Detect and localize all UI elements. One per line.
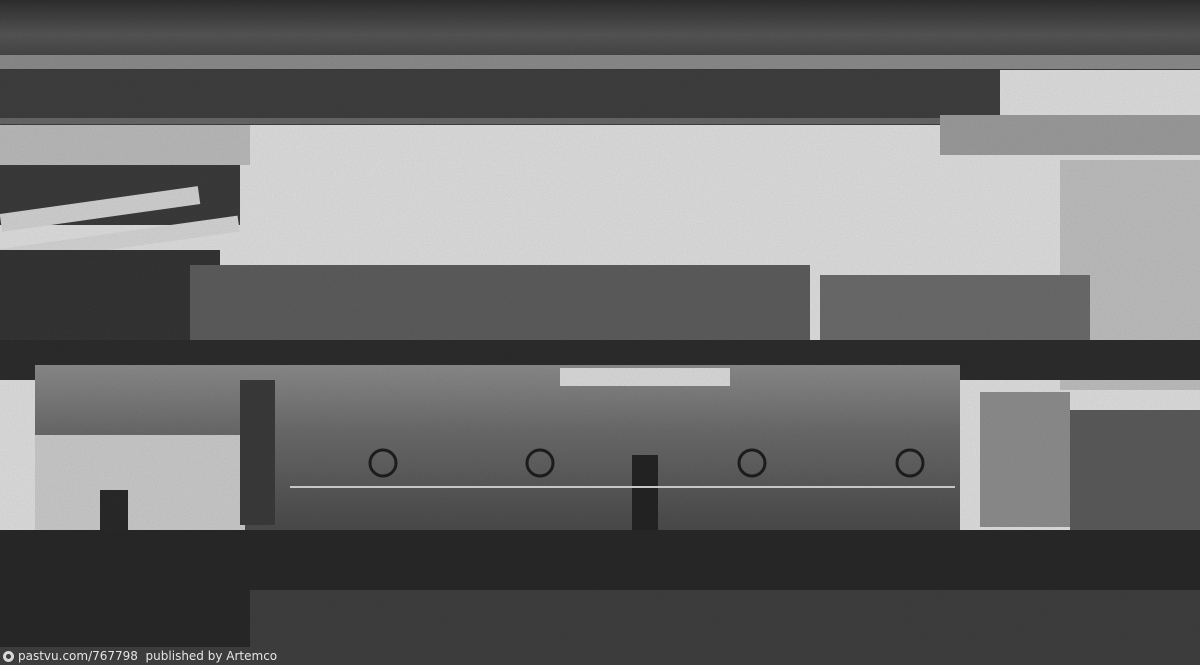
- photograph: [0, 0, 1200, 647]
- caption-text: pastvu.com/767798 published by Artemco: [18, 649, 277, 663]
- caption-bar: pastvu.com/767798 published by Artemco: [0, 647, 1200, 665]
- pastvu-logo-icon: [3, 651, 14, 662]
- photo-scene: [0, 0, 1200, 647]
